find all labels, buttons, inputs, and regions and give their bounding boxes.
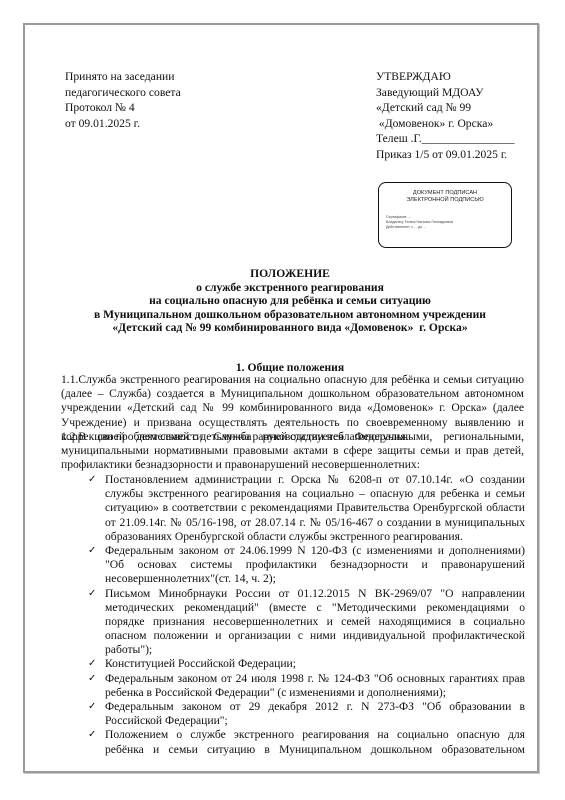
list-item-line: "Об основах системы профилактики безнадз… [105,558,525,572]
list-item-line: ребёнка и семьи ситуацию в Муниципальном… [105,743,525,757]
approval-line: Принято на заседании [65,69,181,85]
list-item: ✓Федеральным законом от 24.06.1999 N 120… [88,544,525,587]
stamp-title: ДОКУМЕНТ ПОДПИСАН ЭЛЕКТРОННОЙ ПОДПИСЬЮ [379,190,511,204]
approval-line: Заведующий МДОАУ [376,85,514,101]
list-item-line: несовершеннолетних"(ст. 14, ч. 2); [105,572,525,586]
list-item-line: Положением о службе экстренного реагиров… [105,728,525,742]
list-item: ✓Положением о службе экстренного реагиро… [88,728,525,756]
approval-line: от 09.01.2025 г. [65,116,181,132]
list-item-line: Федеральным законом от 29 декабря 2012 г… [105,700,525,714]
list-item-line: порядке признания несовершеннолетних и с… [105,615,525,629]
council-approval-block: Принято на заседаниипедагогического сове… [65,69,181,131]
paragraph-line: (далее – Служба) создается в Муниципальн… [61,387,524,401]
list-item: ✓Постановлением администрации г. Орска №… [88,473,525,544]
checkmark-icon: ✓ [88,473,96,487]
approval-line: Протокол № 4 [65,100,181,116]
list-item: ✓Федеральным законом от 24 июля 1998 г. … [88,672,525,700]
list-item-line: работы"); [105,643,525,657]
list-item-line: Федеральным законом от 24.06.1999 N 120-… [105,544,525,558]
paragraph-line: учреждении «Детский сад № 99 комбинирова… [61,401,524,415]
list-item-line: методических рекомендаций" (вместе с "Ме… [105,601,525,615]
stamp-certificate-info: Сертификат: ...Владелец: Телеш Наталья Г… [386,215,453,230]
checkmark-icon: ✓ [88,700,96,714]
paragraph-line: Учреждение) и призвана осуществлять деят… [61,416,524,430]
list-item-line: Постановлением администрации г. Орска № … [105,473,525,487]
title-line: «Детский сад № 99 комбинированного вида … [40,321,540,335]
list-item: ✓Федеральным законом от 29 декабря 2012 … [88,700,525,728]
approval-line: «Домовенок» г. Орска» [376,116,514,132]
approval-line: УТВЕРЖДАЮ [376,69,514,85]
list-item-line: ситуацию» в соответствии с рекомендациям… [105,501,525,515]
title-line: в Муниципальном дошкольном образовательн… [40,308,540,322]
paragraph-line: профилактики безнадзорности и правонаруш… [61,458,524,472]
director-approval-block: УТВЕРЖДАЮЗаведующий МДОАУ«Детский сад № … [376,69,514,163]
list-item-line: ребенка в Российской Федерации" (с измен… [105,686,525,700]
stamp-info-line: Действителен: с ... до ... [386,225,453,230]
checkmark-icon: ✓ [88,544,96,558]
list-item: ✓Письмом Минобрнауки России от 01.12.201… [88,587,525,658]
approval-line: Приказ 1/5 от 09.01.2025 г. [376,147,514,163]
paragraph-line: 1.1.Служба экстренного реагирования на с… [61,373,524,387]
list-item-line: опасном положении и организации с ними и… [105,629,525,643]
document-title: ПОЛОЖЕНИЕ о службе экстренного реагирова… [40,267,540,335]
list-item: ✓Конституцией Российской Федерации; [88,657,525,671]
approval-line: педагогического совета [65,85,181,101]
paragraph-line: 1.2.В своей деятельности Служба руководс… [61,430,524,444]
title-line: на социально опасную для ребёнка и семьи… [40,294,540,308]
approval-line: «Детский сад № 99 [376,100,514,116]
title-line: о службе экстренного реагирования [40,281,540,295]
list-item-line: образованиях Оренбургской области службы… [105,530,525,544]
document-subtitle: о службе экстренного реагированияна соци… [40,281,540,335]
list-item-line: Конституцией Российской Федерации; [105,657,525,671]
paragraph-1-2: 1.2.В своей деятельности Служба руководс… [61,430,524,473]
electronic-signature-stamp: ДОКУМЕНТ ПОДПИСАН ЭЛЕКТРОННОЙ ПОДПИСЬЮ С… [378,182,512,248]
list-item-line: Письмом Минобрнауки России от 01.12.2015… [105,587,525,601]
document-heading: ПОЛОЖЕНИЕ [40,267,540,281]
list-item-line: Российской Федерации"; [105,714,525,728]
stamp-title-line: ЭЛЕКТРОННОЙ ПОДПИСЬЮ [379,197,511,204]
list-item-line: Федеральным законом от 24 июля 1998 г. №… [105,672,525,686]
legal-basis-list: ✓Постановлением администрации г. Орска №… [88,473,525,757]
checkmark-icon: ✓ [88,728,96,742]
approval-line: Телеш .Г.________________ [376,131,514,147]
list-item-line: от 21.09.14г. № 05/16-198, от 28.07.14 г… [105,516,525,530]
checkmark-icon: ✓ [88,672,96,686]
paragraph-line: муниципальными нормативными правовыми ак… [61,444,524,458]
checkmark-icon: ✓ [88,657,96,671]
list-item-line: службы экстренного реагирования на социа… [105,487,525,501]
checkmark-icon: ✓ [88,587,96,601]
